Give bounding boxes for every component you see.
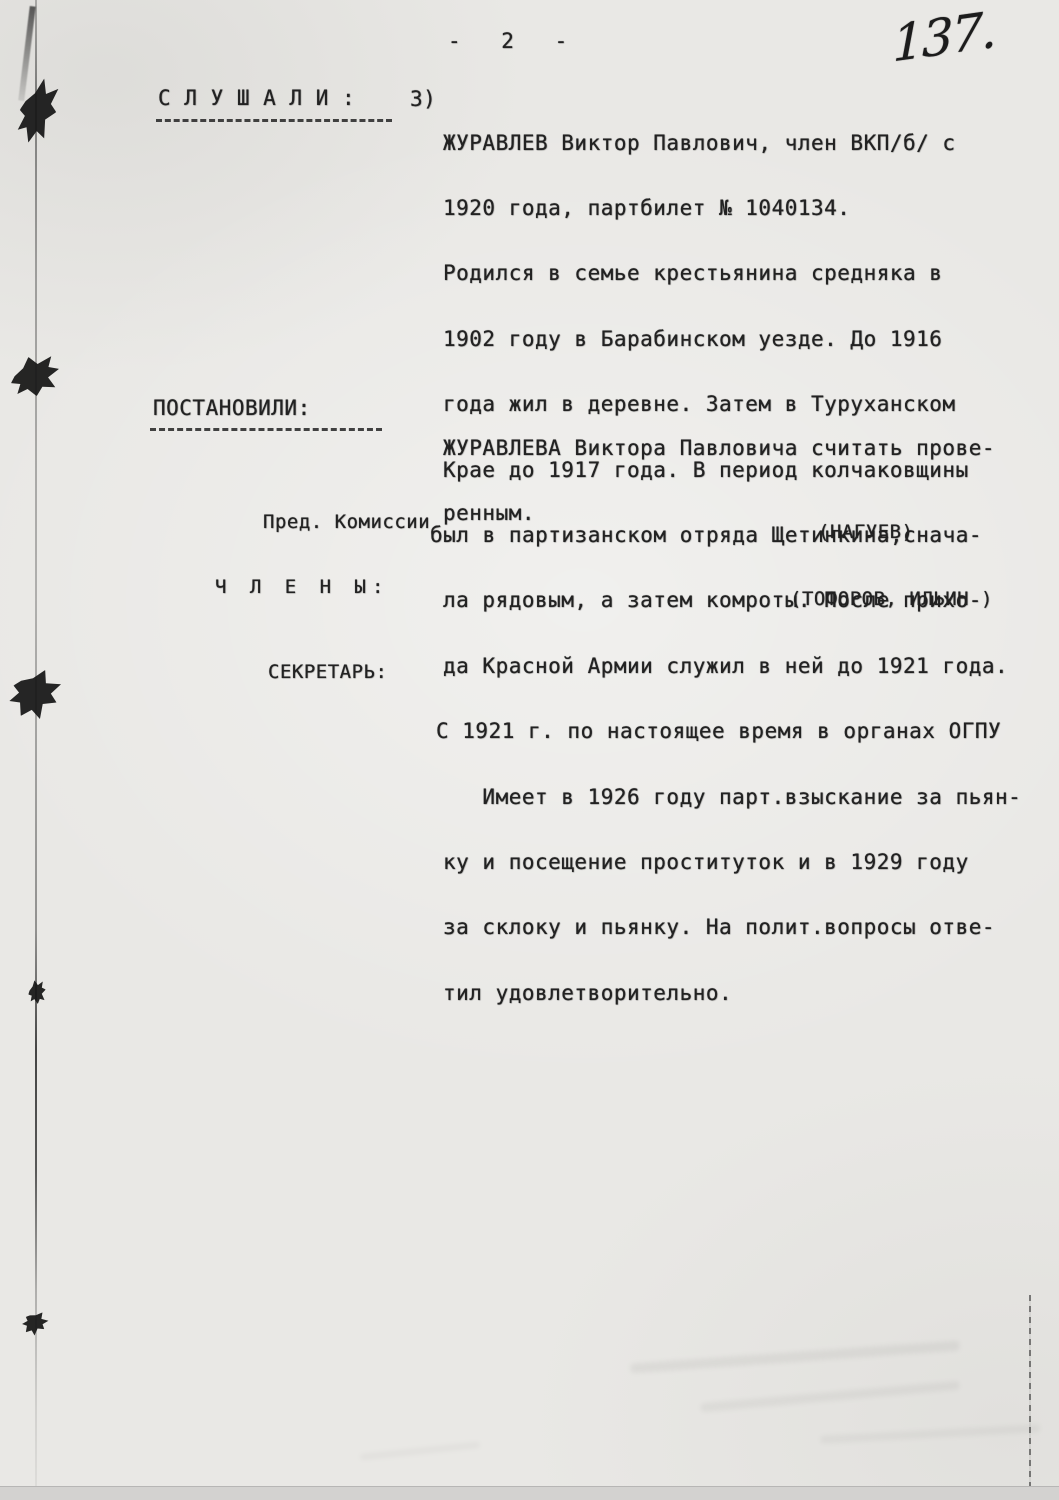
listening-item-number: 3) <box>410 89 436 111</box>
binding-edge-line <box>35 0 37 1500</box>
members-label: Ч Л Е Н Ы: <box>215 577 389 599</box>
text-line: ЖУРАВЛЕВА Виктора Павловича считать пров… <box>443 438 995 460</box>
text-line: 1902 году в Барабинском уезде. До 1916 <box>443 329 1021 351</box>
handwritten-folio-number: 137. <box>893 1 995 74</box>
text-line: Имеет в 1926 году парт.взыскание за пьян… <box>443 787 1021 809</box>
scan-bottom-edge <box>0 1486 1059 1500</box>
top-edge-smudge <box>18 6 36 101</box>
text-line: тил удовлетворительно. <box>443 983 1021 1005</box>
resolution-label: ПОСТАНОВИЛИ: <box>153 398 311 420</box>
document-page: - 2 - 137. С Л У Ш А Л И : 3) ЖУРАВЛЕВ В… <box>0 0 1059 1500</box>
listening-label-underline <box>156 119 392 122</box>
text-line: ку и посещение проституток и в 1929 году <box>443 852 1021 874</box>
bleedthrough-mark <box>360 1442 480 1461</box>
bleedthrough-mark <box>700 1381 960 1413</box>
text-line: С 1921 г. по настоящее время в органах О… <box>436 721 1021 743</box>
chairman-label: Пред. Комиссии <box>263 512 430 534</box>
right-edge-line <box>1029 1295 1031 1490</box>
text-line: Родился в семье крестьянина средняка в <box>443 263 1021 285</box>
page-number-typed: - 2 - <box>448 31 581 53</box>
members-names: (ТОФОРОВ, ИЛЬИН ) <box>790 589 993 611</box>
bleedthrough-mark <box>820 1424 1040 1444</box>
resolution-label-underline <box>150 428 382 431</box>
text-line: ЖУРАВЛЕВ Виктор Павлович, член ВКП/б/ с <box>443 133 1021 155</box>
bleedthrough-mark <box>630 1341 960 1374</box>
binding-hole-4 <box>26 979 47 1005</box>
listening-text-block: ЖУРАВЛЕВ Виктор Павлович, член ВКП/б/ с … <box>443 89 1021 1048</box>
text-line: да Красной Армии служил в ней до 1921 го… <box>443 656 1021 678</box>
text-line: за склоку и пьянку. На полит.вопросы отв… <box>443 917 1021 939</box>
secretary-label: СЕКРЕТАРЬ: <box>268 662 387 684</box>
text-line: 1920 года, партбилет № 1040134. <box>443 198 1021 220</box>
listening-label: С Л У Ш А Л И : <box>158 88 355 110</box>
chairman-name: (НАГУЕВ) <box>818 522 914 544</box>
